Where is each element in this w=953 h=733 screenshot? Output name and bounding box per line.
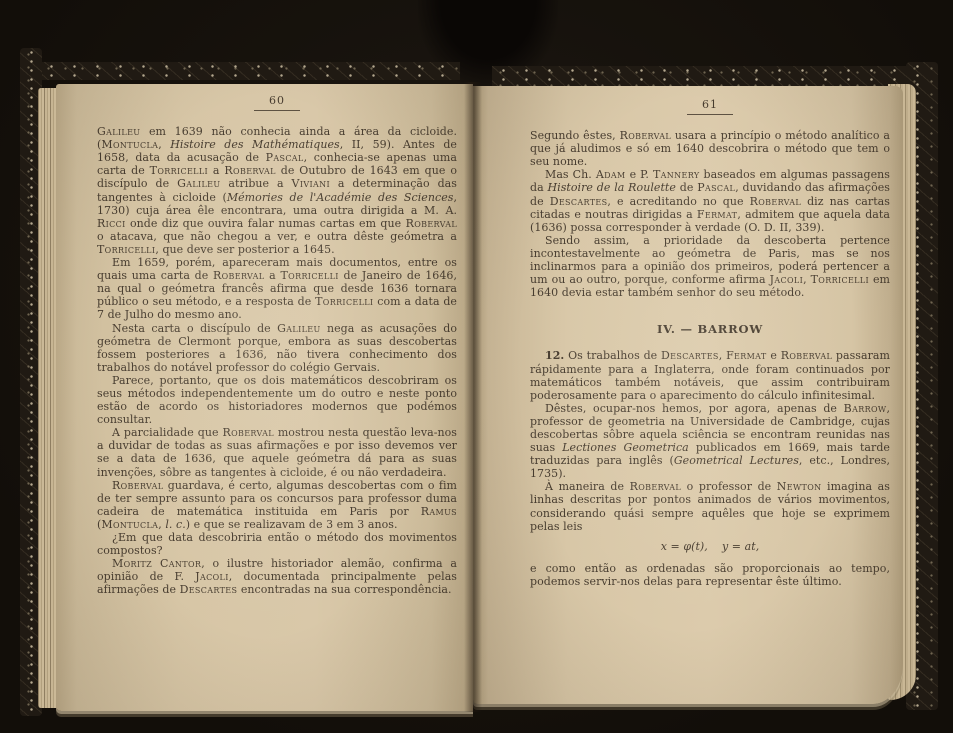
paragraph: ¿Em que data descobriria então o método …	[97, 531, 457, 557]
section-heading: IV. — BARROW	[530, 323, 890, 336]
paragraph: Mas Ch. Adam e P. Tannery baseados em al…	[530, 168, 890, 233]
left-page-text: 60 Galileu em 1639 não conhecia ainda a …	[97, 94, 457, 596]
left-page-header: 60	[97, 94, 457, 111]
paragraph: Galileu em 1639 não conhecia ainda a áre…	[97, 125, 457, 256]
left-page-body: Galileu em 1639 não conhecia ainda a áre…	[97, 125, 457, 596]
book-photo: 60 Galileu em 1639 não conhecia ainda a …	[0, 0, 953, 733]
paragraph: Parece, portanto, que os dois matemático…	[97, 374, 457, 426]
right-page-body: Segundo êstes, Roberval usara a princípi…	[530, 129, 890, 588]
page-number-rule-right	[687, 114, 733, 115]
paragraph: e como então as ordenadas são proporcion…	[530, 562, 890, 588]
book-cover-top-edge-right	[492, 66, 908, 88]
page-number-right: 61	[702, 98, 718, 111]
paragraph: Em 1659, porém, apareceram mais document…	[97, 256, 457, 321]
paragraph: Segundo êstes, Roberval usara a princípi…	[530, 129, 890, 168]
paragraph: 12. Os trabalhos de Descartes, Fermat e …	[530, 349, 890, 401]
right-page-header: 61	[530, 98, 890, 115]
page-number-left: 60	[269, 94, 285, 107]
book-cover-top-edge-left	[40, 62, 460, 80]
paragraph: À maneira de Roberval o professor de New…	[530, 480, 890, 532]
paragraph: Roberval guardava, é certo, algumas desc…	[97, 479, 457, 531]
paragraph: Moritz Cantor, o ilustre historiador ale…	[97, 557, 457, 596]
right-page-text: 61 Segundo êstes, Roberval usara a princ…	[530, 98, 890, 588]
page-number-rule-left	[254, 110, 300, 111]
paragraph: Nesta carta o discípulo de Galileu nega …	[97, 322, 457, 374]
paragraph: Dêstes, ocupar-nos hemos, por agora, ape…	[530, 402, 890, 481]
left-page: 60 Galileu em 1639 não conhecia ainda a …	[56, 84, 473, 711]
right-page: 61 Segundo êstes, Roberval usara a princ…	[473, 86, 903, 704]
paragraph: Sendo assim, a prioridade da descoberta …	[530, 234, 890, 299]
formula: x = φ(t), y = at,	[530, 540, 890, 553]
paragraph: A parcialidade que Roberval mostrou nest…	[97, 426, 457, 478]
